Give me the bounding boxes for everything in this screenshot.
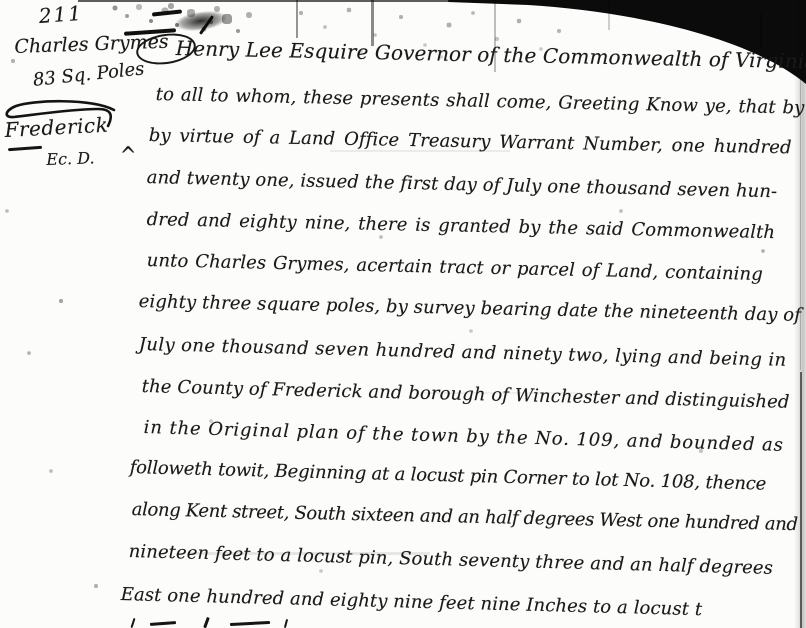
margin-county-note: Frederick <box>4 113 109 142</box>
cutoff-line-fragment <box>131 618 136 628</box>
insertion-caret: ^ <box>120 142 136 169</box>
document-line: dred and eighty nine, there is granted b… <box>147 209 776 243</box>
page-right-edge-line <box>800 372 802 628</box>
document-line: East one hundred and eighty nine feet ni… <box>120 584 702 620</box>
top-edge-speckles <box>290 4 292 6</box>
fold-line <box>760 14 762 48</box>
document-line: to all to whom, these presents shall com… <box>156 84 805 119</box>
ink-smudge-speckles <box>110 3 112 5</box>
document-line: and twenty one, issued the first day of … <box>147 167 778 202</box>
fold-line <box>296 0 298 38</box>
cutoff-line-fragment <box>150 621 176 626</box>
document-line: unto Charles Grymes, acertain tract or p… <box>147 250 764 285</box>
document-line: July one thousand seven hundred and nine… <box>138 334 786 371</box>
page-number: 211 <box>38 1 84 28</box>
cutoff-line-fragment <box>284 619 288 628</box>
cutoff-line-fragment <box>203 617 209 628</box>
page-speckles <box>0 0 2 2</box>
document-line: the County of Frederick and borough of W… <box>141 376 789 413</box>
document-line: along Kent street, South sixteen and an … <box>132 499 798 535</box>
margin-area-note: 83 Sq. Poles <box>32 58 145 91</box>
margin-county-dash <box>8 146 42 151</box>
document-line: nineteen feet to a locust pin, South sev… <box>128 541 773 579</box>
document-line: by virtue of a Land Office Treasury Warr… <box>149 125 792 158</box>
scanned-document-page: 211 Charles Grymes 83 Sq. Poles Frederic… <box>0 0 806 628</box>
document-line: followeth towit, Beginning at a locust p… <box>129 457 766 495</box>
page-top-edge <box>78 0 450 2</box>
document-line: in the Original plan of the town by the … <box>143 417 784 456</box>
cutoff-line-fragment <box>230 621 270 626</box>
margin-clerk-mark: Ec. D. <box>46 148 95 169</box>
document-line: eighty three square poles, by survey bea… <box>139 291 802 326</box>
ink-smudge-blob <box>175 9 227 34</box>
fold-line <box>608 0 610 30</box>
